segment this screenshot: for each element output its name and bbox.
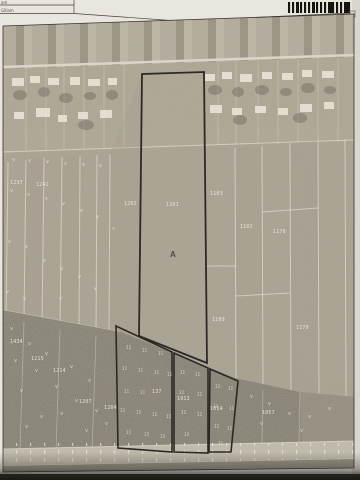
parcel-label: 1014	[210, 406, 223, 412]
parcel-label: 1215	[31, 356, 44, 362]
orchard-symbol: II	[218, 441, 224, 446]
scrub-symbol: v	[6, 289, 9, 295]
scrub-symbol: v	[250, 394, 253, 400]
scrub-symbol: v	[8, 239, 11, 245]
barcode	[288, 2, 352, 13]
scrub-symbol: v	[35, 368, 38, 374]
scrub-symbol: v	[328, 406, 331, 412]
parcel-label: 1013	[177, 396, 190, 402]
parcel-label: 1202	[124, 201, 137, 207]
parcel-label: 1214	[53, 368, 66, 374]
scrub-symbol: v	[99, 163, 102, 169]
scrub-symbol: v	[23, 296, 26, 302]
cadastral-map-photo: am Gillam	[0, 0, 360, 480]
parcel-label: 1178	[273, 229, 286, 235]
scrub-symbol: v	[40, 414, 43, 420]
scrub-symbol: v	[10, 188, 13, 194]
scrub-symbol: v	[308, 414, 311, 420]
scrub-symbol: v	[25, 424, 28, 430]
orchard-symbol: II	[138, 368, 144, 373]
orchard-symbol: II	[184, 432, 190, 437]
parcel-label: 1101	[166, 202, 179, 208]
parcel-label: 1179	[296, 325, 309, 331]
photo-grain	[3, 8, 354, 472]
scrub-symbol: v	[27, 192, 30, 198]
parcel-label: 1109	[212, 317, 225, 323]
orchard-symbol: II	[120, 408, 126, 413]
scrub-symbol: v	[105, 421, 108, 427]
scrub-symbol: v	[112, 226, 115, 232]
orchard-symbol: II	[126, 345, 132, 350]
scrub-symbol: v	[20, 388, 23, 394]
scrub-symbol: v	[12, 157, 15, 163]
scrub-symbol: v	[82, 162, 85, 168]
scrub-symbol: v	[46, 159, 49, 165]
orchard-symbol: II	[166, 414, 172, 419]
scrub-symbol: v	[45, 351, 48, 357]
parcel-label: 1057	[262, 410, 275, 416]
orchard-symbol: II	[140, 390, 146, 395]
orchard-symbol: II	[181, 410, 187, 415]
orchard-symbol: II	[152, 412, 158, 417]
scrub-symbol: v	[88, 378, 91, 384]
scrub-symbol: v	[10, 326, 13, 332]
scrub-symbol: v	[60, 266, 63, 272]
scrub-symbol: v	[70, 364, 73, 370]
zone-A-label: A	[170, 250, 176, 259]
map-sheet: am Gillam	[0, 0, 360, 480]
page-edge	[0, 474, 360, 480]
aerial-photo: v v v v v v v v v v v v v v v v v v v v …	[3, 8, 354, 475]
scrub-symbol: v	[14, 358, 17, 364]
scrub-symbol: v	[268, 401, 271, 407]
orchard-symbol: II	[195, 372, 201, 377]
scrub-symbol: v	[59, 296, 62, 302]
header-text-fragment-1: am	[1, 0, 7, 5]
orchard-symbol: II	[124, 389, 130, 394]
orchard-symbol: II	[144, 432, 150, 437]
scrub-symbol: v	[78, 274, 81, 280]
orchard-symbol: II	[126, 430, 132, 435]
orchard-symbol: II	[197, 412, 203, 417]
orchard-symbol: II	[154, 370, 160, 375]
orchard-symbol: II	[158, 351, 164, 356]
scrub-symbol: v	[95, 408, 98, 414]
scrub-symbol: v	[94, 286, 97, 292]
orchard-symbol: II	[122, 366, 128, 371]
parcel-label: 1237	[10, 180, 23, 186]
scrub-symbol: v	[45, 196, 48, 202]
header-text-fragment-2: Gillam	[1, 8, 14, 13]
parcel-label: 1102	[240, 224, 253, 230]
orchard-symbol: II	[215, 384, 221, 389]
orchard-symbol: II	[167, 372, 173, 377]
orchard-symbol: II	[180, 370, 186, 375]
parcel-label: 1434	[10, 339, 23, 345]
orchard-symbol: II	[214, 424, 220, 429]
orchard-symbol: II	[179, 390, 185, 395]
orchard-symbol: II	[197, 392, 203, 397]
scrub-symbol: v	[96, 214, 99, 220]
orchard-symbol: II	[227, 426, 233, 431]
scrub-symbol: v	[55, 384, 58, 390]
scrub-symbol: v	[260, 421, 263, 427]
scrub-symbol: v	[300, 428, 303, 434]
parcel-label: 1242	[36, 182, 49, 188]
scrub-symbol: v	[62, 201, 65, 207]
scrub-symbol: v	[28, 341, 31, 347]
scrub-symbol: v	[28, 158, 31, 164]
parcel-label: 1204	[104, 405, 117, 411]
scrub-symbol: v	[288, 411, 291, 417]
scrub-symbol: v	[25, 244, 28, 250]
orchard-symbol: II	[142, 348, 148, 353]
scrub-symbol: v	[60, 411, 63, 417]
scrub-symbol: v	[80, 208, 83, 214]
orchard-symbol: II	[229, 406, 235, 411]
scrub-symbol: v	[43, 258, 46, 264]
scrub-symbol: v	[85, 428, 88, 434]
orchard-symbol: II	[160, 434, 166, 439]
scrub-symbol: v	[75, 398, 78, 404]
parcel-label: 137	[152, 389, 162, 395]
parcel-label: 1207	[79, 399, 92, 405]
orchard-symbol: II	[136, 410, 142, 415]
parcel-label: 1103	[210, 191, 223, 197]
scrub-symbol: v	[64, 161, 67, 167]
orchard-symbol: II	[228, 386, 234, 391]
